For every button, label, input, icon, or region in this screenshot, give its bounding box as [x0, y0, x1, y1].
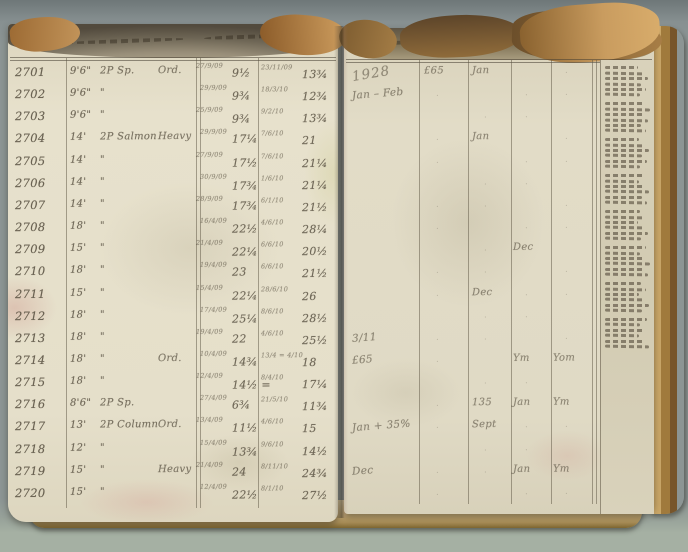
weigh-date-2: 4/6/10	[261, 418, 284, 426]
ditto-mark: ·	[436, 92, 439, 102]
ditto-mark: ·	[436, 224, 439, 234]
weigh-date-2: 8/1/10	[261, 484, 284, 492]
weight-1: 24	[232, 465, 247, 478]
weight-2: 25½	[302, 334, 328, 347]
ditto-mark: ·	[565, 157, 568, 167]
entry-number: 2703	[15, 109, 46, 123]
weigh-date-1: 19/4/09	[196, 327, 223, 335]
entry-number: 2706	[15, 176, 46, 190]
ledger-row: 270818'"16/4/0922½4/6/1028¼	[8, 216, 338, 240]
weight-2: 14½	[302, 444, 328, 457]
ditto-mark: ·	[436, 335, 439, 345]
weight-1: 17¾	[232, 199, 258, 212]
rod-description: "	[100, 243, 105, 254]
weigh-date-2: 9/2/10	[261, 108, 284, 116]
ledger-page-right: 1928£65Jan·Jan – Feb······Jan···········…	[344, 28, 654, 514]
rod-grade: Ord.	[158, 65, 182, 76]
ditto-mark: ·	[525, 91, 528, 101]
ditto-mark: ·	[436, 269, 439, 279]
weight-2: 13¾	[302, 68, 328, 81]
weigh-date-2: 23/11/09	[261, 63, 293, 71]
ledger-row: 272015'"12/4/0922½8/1/1027½	[8, 482, 338, 506]
ledger-row: ·Dec··	[344, 282, 654, 306]
entry-number: 2717	[15, 419, 46, 433]
weight-2: 13¾	[302, 112, 328, 125]
entry-number: 2711	[15, 286, 46, 300]
ledger-row: 27039'6""25/9/099¾9/2/1013¾	[8, 105, 338, 129]
ditto-mark: ·	[484, 113, 487, 123]
weight-2: 24¾	[302, 467, 328, 480]
right-page-entries: 1928£65Jan·Jan – Feb······Jan···········…	[344, 28, 654, 514]
ledger-row: 271418'"Ord.10/4/0914¾13/4 = 4/1018	[8, 349, 338, 373]
weigh-date-1: 12/4/09	[200, 482, 227, 490]
weigh-date-2: 18/3/10	[261, 85, 288, 93]
weigh-date-2: 1/6/10	[261, 174, 284, 182]
weigh-date-1: 16/4/09	[200, 217, 227, 225]
rod-description: "	[100, 309, 105, 320]
ledger-page-left: 27019'6"2P Sp.Ord.27/9/099½23/11/0913¾27…	[8, 24, 338, 522]
rod-length: 14'	[70, 132, 86, 143]
rod-length: 18'	[70, 354, 86, 365]
ditto-mark: ·	[525, 224, 528, 234]
sale-note: 1928	[351, 63, 391, 85]
left-page-entries: 27019'6"2P Sp.Ord.27/9/099½23/11/0913¾27…	[8, 24, 338, 522]
weigh-date-1: 27/9/09	[196, 62, 223, 70]
weight-1: 22¼	[232, 246, 258, 259]
rod-length: 12'	[70, 442, 86, 453]
ditto-mark: ·	[436, 357, 439, 367]
weight-1: 23	[232, 266, 247, 279]
ledger-row: ···	[344, 150, 654, 174]
rod-length: 9'6"	[70, 88, 91, 99]
sale-note: Jan	[472, 132, 489, 143]
entry-number: 2707	[15, 198, 46, 212]
sale-note: Dec	[513, 242, 534, 253]
weigh-date-1: 28/9/09	[196, 195, 223, 203]
entry-number: 2704	[15, 131, 46, 145]
sale-note: Ym	[513, 353, 530, 364]
rod-length: 18'	[70, 265, 86, 276]
rod-description: "	[100, 265, 105, 276]
ditto-mark: ·	[484, 468, 487, 478]
weigh-date-1: 21/4/09	[196, 460, 223, 468]
entry-number: 2705	[15, 153, 46, 167]
ledger-row: ···	[344, 260, 654, 284]
ditto-mark: ·	[484, 446, 487, 456]
ledger-row: 271115'"15/4/0922¼28/6/1026	[8, 282, 338, 306]
rod-length: 15'	[70, 287, 86, 298]
rod-length: 18'	[70, 331, 86, 342]
ditto-mark: ·	[525, 423, 528, 433]
weight-1: 22¼	[232, 289, 258, 302]
ditto-mark: ·	[565, 224, 568, 234]
scanned-ledger-spread: 27019'6"2P Sp.Ord.27/9/099½23/11/0913¾27…	[0, 0, 688, 552]
rod-length: 8'6"	[70, 398, 91, 409]
weigh-date-2: 8/4/10	[261, 373, 284, 381]
rod-length: 14'	[70, 176, 86, 187]
rod-length: 18'	[70, 309, 86, 320]
ditto-mark: ·	[436, 490, 439, 500]
sale-note: Dec	[352, 464, 374, 478]
ditto-mark: ·	[436, 424, 439, 434]
rod-description: "	[100, 110, 105, 121]
rod-length: 15'	[70, 486, 86, 497]
ledger-row: 27168'6"2P Sp.27/4/096¾21/5/1011¾	[8, 393, 338, 417]
entry-number: 2701	[15, 65, 46, 79]
weight-1: 9½	[232, 66, 250, 79]
rod-length: 15'	[70, 464, 86, 475]
sale-note: Sept	[472, 419, 496, 430]
rod-length: 14'	[70, 198, 86, 209]
weight-2: 11¾	[302, 400, 328, 413]
rod-grade: Heavy	[158, 464, 191, 475]
rod-length: 9'6"	[70, 66, 91, 77]
ditto-mark: ·	[436, 468, 439, 478]
entry-number: 2712	[15, 309, 46, 323]
weight-2: 12¾	[302, 90, 328, 103]
weight-1: 9¾	[232, 90, 250, 103]
weigh-date-2: 4/6/10	[261, 329, 284, 337]
ditto-mark: ·	[525, 445, 528, 455]
sale-note: 135	[472, 397, 492, 408]
entry-number: 2702	[15, 87, 46, 101]
weigh-date-2: 6/6/10	[261, 263, 284, 271]
ledger-row: 27029'6""29/9/099¾18/3/1012¾	[8, 83, 338, 107]
sale-note: 3/11	[352, 331, 378, 345]
rod-description: "	[100, 88, 105, 99]
ditto-mark: ·	[565, 334, 568, 344]
sale-note: Jan	[472, 65, 489, 76]
ditto-mark: ·	[525, 157, 528, 167]
weight-2: 21¼	[302, 179, 328, 192]
ditto-mark: ·	[565, 91, 568, 101]
weigh-date-1: 29/9/09	[200, 84, 227, 92]
rod-description: "	[100, 442, 105, 453]
ditto-mark: ·	[484, 180, 487, 190]
ditto-mark: ·	[484, 202, 487, 212]
ledger-row: 271218'"17/4/0925¼8/6/1028½	[8, 304, 338, 328]
weight-2: 18	[302, 356, 317, 369]
ledger-row: Dec··JanYm	[344, 460, 654, 484]
entry-number: 2719	[15, 464, 46, 478]
rod-length: 13'	[70, 420, 86, 431]
rod-description: "	[100, 464, 105, 475]
ledger-row: ·135JanYm	[344, 393, 654, 417]
weight-1: 17¾	[232, 179, 258, 192]
entry-number: 2715	[15, 375, 46, 389]
weight-1: 17¼	[232, 133, 258, 146]
rod-grade: Ord.	[158, 353, 182, 364]
ditto-mark: ·	[436, 158, 439, 168]
sale-note: Jan	[513, 463, 530, 474]
weigh-date-1: 15/4/09	[196, 283, 223, 291]
ditto-mark: ·	[484, 313, 487, 323]
ditto-mark: ·	[565, 201, 568, 211]
ditto-mark: ·	[436, 402, 439, 412]
ledger-row: ·Jan·	[344, 127, 654, 151]
rod-grade: Ord.	[158, 419, 182, 430]
weight-1: 22½	[232, 488, 258, 501]
ledger-row: ·Dec	[344, 238, 654, 262]
ledger-row: 270414'2P SalmonHeavy29/9/0917¼7/6/1021	[8, 127, 338, 151]
weight-1: 22	[232, 332, 247, 345]
weight-2: 21½	[302, 201, 328, 214]
weigh-date-1: 27/4/09	[200, 394, 227, 402]
weigh-date-1: 25/9/09	[196, 106, 223, 114]
ditto-mark: ·	[525, 180, 528, 190]
ledger-row: 270514'"27/9/0917½7/6/1021¼	[8, 149, 338, 173]
weigh-date-2: 4/6/10	[261, 218, 284, 226]
entry-number: 2709	[15, 242, 46, 256]
ledger-row: £65·YmYom	[344, 349, 654, 373]
ditto-mark: ·	[525, 379, 528, 389]
ledger-row: ··	[344, 172, 654, 196]
weigh-date-1: 19/4/09	[200, 261, 227, 269]
weight-2: 17¼	[302, 378, 328, 391]
weight-2: 21¼	[302, 157, 328, 170]
rod-description: "	[100, 198, 105, 209]
sale-note: Ym	[553, 397, 570, 408]
weight-1: 25¼	[232, 312, 258, 325]
ledger-row: 271915'"Heavy21/4/09248/11/1024¾	[8, 460, 338, 484]
weight-1: 9¾	[232, 113, 250, 126]
weight-1: 17½	[232, 156, 258, 169]
ledger-row: 3/11···	[344, 327, 654, 351]
ledger-row: 270614'"30/9/0917¾1/6/1021¼	[8, 172, 338, 196]
rod-description: 2P Sp.	[100, 65, 135, 76]
ledger-row: 270915'"21/4/0922¼6/6/1020½	[8, 238, 338, 262]
weigh-date-1: 29/9/09	[200, 128, 227, 136]
ledger-row: ··	[344, 105, 654, 129]
ditto-mark: ·	[525, 113, 528, 123]
weight-2: 21½	[302, 267, 328, 280]
rod-description: "	[100, 486, 105, 497]
ledger-row: ··	[344, 437, 654, 461]
weigh-date-2: 8/6/10	[261, 307, 284, 315]
ditto-mark: ·	[436, 291, 439, 301]
weight-1: 11½	[232, 422, 258, 435]
rod-description: "	[100, 154, 105, 165]
weigh-date-2: 28/6/10	[261, 285, 288, 293]
weigh-date-2: 7/6/10	[261, 130, 284, 138]
weight-1: 22½	[232, 222, 258, 235]
ledger-row: 271812'"15/4/0913¾9/6/1014½	[8, 437, 338, 461]
ditto-mark: ·	[565, 69, 568, 79]
entry-number: 2714	[15, 353, 46, 367]
rod-description: 2P Column	[100, 419, 158, 430]
weight-2: 20½	[302, 245, 328, 258]
weigh-date-2: 6/1/10	[261, 196, 284, 204]
ditto-mark: ·	[565, 268, 568, 278]
weigh-date-2: 8/11/10	[261, 462, 288, 470]
ledger-row: ··	[344, 371, 654, 395]
sale-note: Jan	[513, 397, 530, 408]
rod-description: "	[100, 331, 105, 342]
ledger-row: 271713'2P ColumnOrd.13/4/0911½4/6/1015	[8, 415, 338, 439]
weight-1: 14¾	[232, 355, 258, 368]
weigh-date-1: 21/4/09	[196, 239, 223, 247]
sale-note: Dec	[472, 287, 493, 298]
ditto-mark: ·	[565, 290, 568, 300]
weight-2: 27½	[302, 489, 328, 502]
rod-description: 2P Salmon	[100, 132, 157, 143]
entry-number: 2716	[15, 397, 46, 411]
rod-description: "	[100, 353, 105, 364]
ledger-row: 271518'"12/4/0914½ =8/4/1017¼	[8, 371, 338, 395]
sale-note: Yom	[553, 352, 575, 363]
ledger-row: 270714'"28/9/0917¾6/1/1021½	[8, 194, 338, 218]
ditto-mark: ·	[436, 202, 439, 212]
sale-note: Jan – Feb	[352, 86, 404, 102]
weight-2: 21	[302, 134, 317, 147]
weight-2: 15	[302, 422, 317, 435]
weigh-date-2: 9/6/10	[261, 440, 284, 448]
weight-1: 13¾	[232, 445, 258, 458]
ledger-row: Jan – Feb···	[344, 83, 654, 107]
weigh-date-1: 27/9/09	[196, 150, 223, 158]
entry-number: 2720	[15, 486, 46, 500]
ditto-mark: ·	[525, 290, 528, 300]
ledger-row: 27019'6"2P Sp.Ord.27/9/099½23/11/0913¾	[8, 61, 338, 85]
ledger-row: ···	[344, 194, 654, 218]
weigh-date-2: 21/5/10	[261, 395, 288, 403]
weigh-date-1: 15/4/09	[200, 438, 227, 446]
weigh-date-1: 30/9/09	[200, 172, 227, 180]
weigh-date-2: 7/6/10	[261, 152, 284, 160]
weigh-date-1: 10/4/09	[200, 350, 227, 358]
ditto-mark: ·	[484, 379, 487, 389]
ditto-mark: ·	[565, 135, 568, 145]
ledger-row: ···	[344, 482, 654, 506]
weigh-date-1: 17/4/09	[200, 305, 227, 313]
rod-length: 15'	[70, 243, 86, 254]
ledger-row: ···	[344, 216, 654, 240]
entry-number: 2708	[15, 220, 46, 234]
ditto-mark: ·	[484, 335, 487, 345]
rod-length: 18'	[70, 221, 86, 232]
weigh-date-2: 13/4 = 4/10	[261, 351, 303, 359]
rod-description: "	[100, 376, 105, 387]
ditto-mark: ·	[565, 489, 568, 499]
weigh-date-2: 6/6/10	[261, 240, 284, 248]
ledger-row: 271318'"19/4/09224/6/1025½	[8, 327, 338, 351]
weight-1: 6¾	[232, 399, 250, 412]
ditto-mark: ·	[484, 246, 487, 256]
entry-number: 2710	[15, 264, 46, 278]
sale-note: £65	[352, 353, 374, 367]
weight-2: 28¼	[302, 223, 328, 236]
weight-2: 26	[302, 289, 317, 302]
ledger-row: 1928£65Jan·	[344, 61, 654, 85]
weight-2: 28½	[302, 312, 328, 325]
ledger-row: ··	[344, 305, 654, 329]
weigh-date-1: 13/4/09	[196, 416, 223, 424]
rod-length: 18'	[70, 376, 86, 387]
sale-note: Jan + 35%	[352, 418, 411, 434]
entry-number: 2718	[15, 441, 46, 455]
ditto-mark: ·	[436, 136, 439, 146]
sale-note: £65	[424, 65, 444, 76]
ditto-mark: ·	[525, 312, 528, 322]
ledger-row: 271018'"19/4/09236/6/1021½	[8, 260, 338, 284]
ditto-mark: ·	[565, 423, 568, 433]
sale-note: Ym	[553, 463, 570, 474]
ditto-mark: ·	[484, 268, 487, 278]
weigh-date-1: 12/4/09	[196, 372, 223, 380]
ditto-mark: ·	[525, 490, 528, 500]
rod-description: "	[100, 176, 105, 187]
ledger-row: Jan + 35%·Sept··	[344, 415, 654, 439]
rod-description: 2P Sp.	[100, 398, 135, 409]
rod-description: "	[100, 221, 105, 232]
rod-grade: Heavy	[158, 131, 191, 142]
entry-number: 2713	[15, 331, 46, 345]
rod-length: 14'	[70, 154, 86, 165]
rod-length: 9'6"	[70, 110, 91, 121]
rod-description: "	[100, 287, 105, 298]
